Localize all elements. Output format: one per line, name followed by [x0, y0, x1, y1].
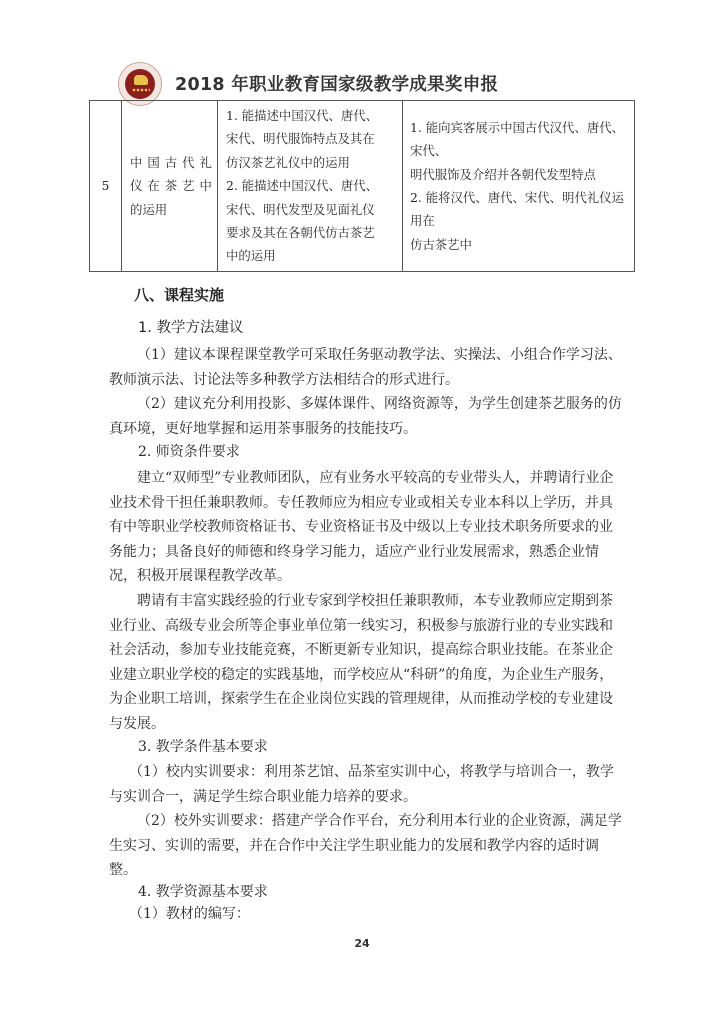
module-name-line: 的运用 — [130, 198, 217, 221]
competency-table: 5 中国古代礼 仪在茶艺中 的运用 1. 能描述中国汉代、唐代、 宋代、明代服饰… — [89, 100, 635, 272]
knowledge-line: 1. 能描述中国汉代、唐代、 — [226, 104, 396, 127]
paragraph: （1）教材的编写： — [109, 902, 625, 927]
paragraph: 建立“双师型”专业教师团队，应有业务水平较高的专业带头人，并聘请行业企业技术骨干… — [109, 466, 625, 589]
subsection-title-3: 3. 教学条件基本要求 — [138, 736, 268, 756]
module-name: 中国古代礼 仪在茶艺中 的运用 — [122, 101, 218, 272]
subsection-title-2: 2. 师资条件要求 — [138, 441, 240, 461]
header-title: 2018 年职业教育国家级教学成果奖申报 — [175, 71, 498, 96]
knowledge-line: 宋代、明代发型及见面礼仪 — [226, 198, 396, 221]
paragraph: （1）建议本课程课堂教学可采取任务驱动教学法、实操法、小组合作学习法、教师演示法… — [109, 343, 625, 392]
subsection-body-1: （1）建议本课程课堂教学可采取任务驱动教学法、实操法、小组合作学习法、教师演示法… — [109, 343, 625, 441]
subsection-body-2: 建立“双师型”专业教师团队，应有业务水平较高的专业带头人，并聘请行业企业技术骨干… — [109, 466, 625, 737]
paragraph: （2）建议充分利用投影、多媒体课件、网络资源等，为学生创建茶艺服务的仿真环境，更… — [109, 392, 625, 441]
paragraph: （1）校内实训要求：利用茶艺馆、品茶室实训中心，将教学与培训合一，教学与实训合一… — [109, 760, 625, 809]
section-heading: 八、课程实施 — [134, 284, 224, 305]
module-name-line: 仪在茶艺中 — [130, 174, 217, 197]
paragraph: （2）校外实训要求：搭建产学合作平台，充分利用本行业的企业资源，满足学生实习、实… — [109, 809, 625, 883]
paragraph: 聘请有丰富实践经验的行业专家到学校担任兼职教师，本专业教师应定期到茶业行业、高级… — [109, 589, 625, 737]
skill-line: 明代服饰及介绍并各朝代发型特点 — [410, 163, 626, 186]
knowledge-line: 中的运用 — [226, 244, 396, 267]
knowledge-requirements: 1. 能描述中国汉代、唐代、 宋代、明代服饰特点及其在 仿汉茶艺礼仪中的运用 2… — [218, 101, 403, 272]
module-name-line: 中国古代礼 — [130, 151, 217, 174]
skill-line: 1. 能向宾客展示中国古代汉代、唐代、宋代、 — [410, 116, 626, 163]
skill-line: 仿古茶艺中 — [410, 233, 626, 256]
knowledge-line: 仿汉茶艺礼仪中的运用 — [226, 151, 396, 174]
subsection-title-1: 1. 教学方法建议 — [138, 316, 243, 337]
table-row: 5 中国古代礼 仪在茶艺中 的运用 1. 能描述中国汉代、唐代、 宋代、明代服饰… — [90, 101, 635, 272]
knowledge-line: 2. 能描述中国汉代、唐代、 — [226, 174, 396, 197]
subsection-title-4: 4. 教学资源基本要求 — [138, 881, 268, 901]
row-number: 5 — [90, 101, 122, 272]
subsection-body-3: （1）校内实训要求：利用茶艺馆、品茶室实训中心，将教学与培训合一，教学与实训合一… — [109, 760, 625, 883]
page-number: 24 — [0, 937, 724, 950]
knowledge-line: 要求及其在各朝代仿古茶艺 — [226, 221, 396, 244]
knowledge-line: 宋代、明代服饰特点及其在 — [226, 127, 396, 150]
subsection-body-4: （1）教材的编写： — [109, 902, 625, 927]
skill-requirements: 1. 能向宾客展示中国古代汉代、唐代、宋代、 明代服饰及介绍并各朝代发型特点 2… — [403, 101, 635, 272]
skill-line: 2. 能将汉代、唐代、宋代、明代礼仪运用在 — [410, 186, 626, 233]
